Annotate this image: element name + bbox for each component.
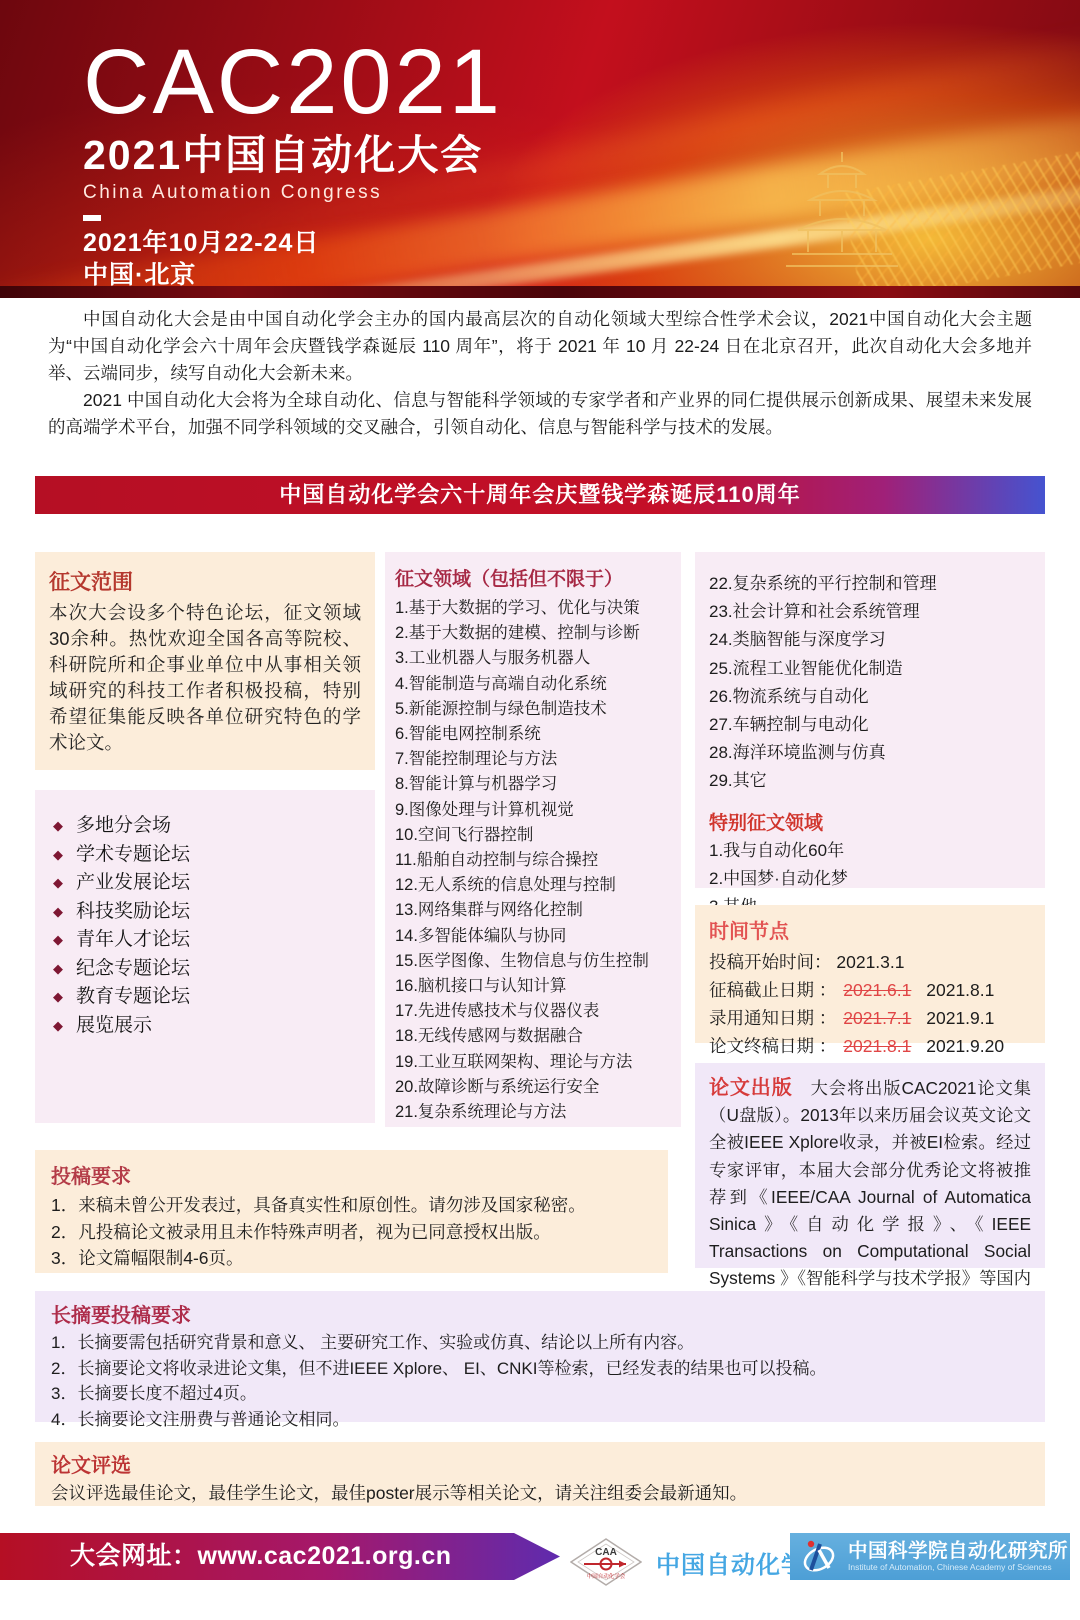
abstract-item: 4．长摘要论文注册费与普通论文相同。 — [51, 1407, 1029, 1433]
diamond-bullet-icon: ◆ — [53, 926, 63, 955]
forum-list-item: ◆ 多地分会场 — [53, 812, 357, 841]
diamond-bullet-icon: ◆ — [53, 983, 63, 1012]
awards-section: 论文评选 会议评选最佳论文，最佳学生论文，最佳poster展示等相关论文，请关注… — [35, 1442, 1045, 1506]
scope-body: 本次大会设多个特色论坛，征文领域30余种。热忱欢迎全国各高等院校、科研院所和企事… — [49, 600, 361, 756]
poster-page: CAC2021 2021中国自动化大会 China Automation Con… — [0, 0, 1080, 1620]
scope-title: 征文范围 — [49, 566, 361, 596]
timeline-rows: 投稿开始时间： 2021.3.1 征稿截止日期 ： 2021.6.1 2021.… — [709, 948, 1031, 1060]
topic-item: 21.复杂系统理论与方法 — [395, 1100, 671, 1125]
topic-item: 11.船舶自动控制与综合操控 — [395, 848, 671, 873]
abstract-section: 长摘要投稿要求 1．长摘要需包括研究背景和意义、 主要研究工作、实验或仿真、结论… — [35, 1291, 1045, 1422]
special-topic-item: 2.中国梦·自动化梦 — [709, 865, 1031, 893]
diamond-bullet-icon: ◆ — [53, 869, 63, 898]
scope-section: 征文范围 本次大会设多个特色论坛，征文领域30余种。热忱欢迎全国各高等院校、科研… — [35, 552, 375, 770]
diamond-bullet-icon: ◆ — [53, 812, 63, 841]
topic-item: 18.无线传感网与数据融合 — [395, 1024, 671, 1049]
abstract-list: 1．长摘要需包括研究背景和意义、 主要研究工作、实验或仿真、结论以上所有内容。 … — [51, 1330, 1029, 1432]
topic-item: 10.空间飞行器控制 — [395, 823, 671, 848]
publication-paragraph: 论文出版大会将出版CAC2021论文集（U盘版）。2013年以来历届会议英文论文… — [709, 1075, 1031, 1320]
timeline-row: 录用通知日期 ： 2021.7.1 2021.9.1 — [709, 1004, 1031, 1032]
submission-title: 投稿要求 — [51, 1160, 652, 1189]
topic-item: 14.多智能体编队与协同 — [395, 924, 671, 949]
conference-title-cn: 2021中国自动化大会 — [83, 132, 503, 178]
topic-item: 7.智能控制理论与方法 — [395, 747, 671, 772]
publication-section: 论文出版大会将出版CAC2021论文集（U盘版）。2013年以来历届会议英文论文… — [695, 1063, 1045, 1268]
topic-item: 1.基于大数据的学习、优化与决策 — [395, 596, 671, 621]
conference-title-en: China Automation Congress — [83, 181, 503, 205]
forum-item-label: 纪念专题论坛 — [76, 955, 190, 984]
topic-item: 28.海洋环境监测与仿真 — [709, 739, 1031, 767]
timeline-label: 录用通知日期 ： — [709, 1008, 836, 1028]
casia-logo-icon — [798, 1536, 840, 1578]
topic-item: 16.脑机接口与认知计算 — [395, 974, 671, 999]
topics-list-col1: 1.基于大数据的学习、优化与决策 2.基于大数据的建模、控制与诊断 3.工业机器… — [395, 596, 671, 1125]
forum-item-label: 教育专题论坛 — [76, 983, 190, 1012]
forum-list: ◆ 多地分会场 ◆ 学术专题论坛 ◆ 产业发展论坛 ◆ 科技奖励论坛 — [53, 812, 357, 1040]
topics-section-2: 22.复杂系统的平行控制和管理 23.社会计算和社会系统管理 24.类脑智能与深… — [695, 552, 1045, 888]
forum-item-label: 科技奖励论坛 — [76, 898, 190, 927]
hero-text-block: CAC2021 2021中国自动化大会 China Automation Con… — [83, 34, 503, 290]
topic-item: 20.故障诊断与系统运行安全 — [395, 1075, 671, 1100]
caa-logo-icon: CAA 中国自动化学会 — [570, 1538, 642, 1586]
topic-item: 6.智能电网控制系统 — [395, 722, 671, 747]
forum-section: ◆ 多地分会场 ◆ 学术专题论坛 ◆ 产业发展论坛 ◆ 科技奖励论坛 — [35, 790, 375, 1123]
intro-section: 中国自动化大会是由中国自动化学会主办的国内最高层次的自动化领域大型综合性学术会议… — [48, 306, 1032, 441]
topic-item: 9.图像处理与计算机视觉 — [395, 798, 671, 823]
submission-list: 1．来稿未曾公开发表过，具备真实性和原创性。请勿涉及国家秘密。 2．凡投稿论文被… — [51, 1192, 652, 1272]
website-banner: 大会网址：www.cac2021.org.cn — [0, 1533, 560, 1580]
topics-section: 征文领域（包括但不限于） 1.基于大数据的学习、优化与决策 2.基于大数据的建模… — [385, 552, 681, 1127]
forum-item-label: 多地分会场 — [76, 812, 171, 841]
topic-item: 17.先进传感技术与仪器仪表 — [395, 999, 671, 1024]
timeline-label: 论文终稿日期 ： — [709, 1036, 836, 1056]
casia-logo-block: 中国科学院自动化研究所 Institute of Automation, Chi… — [790, 1533, 1070, 1580]
caa-logo-subtext: 中国自动化学会 — [587, 1572, 626, 1580]
topic-item: 29.其它 — [709, 767, 1031, 795]
diamond-bullet-icon: ◆ — [53, 955, 63, 984]
special-topics-title: 特别征文领域 — [709, 808, 1031, 835]
forum-list-item: ◆ 青年人才论坛 — [53, 926, 357, 955]
topic-item: 4.智能制造与高端自动化系统 — [395, 672, 671, 697]
topic-item: 5.新能源控制与绿色制造技术 — [395, 697, 671, 722]
awards-title: 论文评选 — [51, 1449, 1029, 1478]
forum-list-item: ◆ 学术专题论坛 — [53, 841, 357, 870]
submission-item: 2．凡投稿论文被录用且未作特殊声明者，视为已同意授权出版。 — [51, 1219, 652, 1246]
timeline-title: 时间节点 — [709, 915, 1031, 944]
forum-list-item: ◆ 教育专题论坛 — [53, 983, 357, 1012]
topic-item: 26.物流系统与自动化 — [709, 683, 1031, 711]
hero-bottom-strip — [0, 286, 1080, 298]
conference-logo: CAC2021 — [83, 34, 503, 130]
diamond-bullet-icon: ◆ — [53, 1012, 63, 1041]
casia-name-en: Institute of Automation, Chinese Academy… — [848, 1562, 1068, 1573]
submission-item: 3．论文篇幅限制4-6页。 — [51, 1245, 652, 1272]
forum-item-label: 青年人才论坛 — [76, 926, 190, 955]
topic-item: 12.无人系统的信息处理与控制 — [395, 873, 671, 898]
topic-item: 23.社会计算和社会系统管理 — [709, 598, 1031, 626]
diamond-bullet-icon: ◆ — [53, 841, 63, 870]
forum-item-label: 产业发展论坛 — [76, 869, 190, 898]
publication-body: 大会将出版CAC2021论文集（U盘版）。2013年以来历届会议英文论文全被IE… — [709, 1078, 1031, 1316]
topics-title: 征文领域（包括但不限于） — [395, 564, 671, 591]
topic-item: 24.类脑智能与深度学习 — [709, 626, 1031, 654]
forum-list-item: ◆ 产业发展论坛 — [53, 869, 357, 898]
forum-item-label: 学术专题论坛 — [76, 841, 190, 870]
intro-paragraph-2: 2021 中国自动化大会将为全球自动化、信息与智能科学领域的专家学者和产业界的同… — [48, 387, 1032, 441]
special-topic-item: 1.我与自动化60年 — [709, 837, 1031, 865]
topic-item: 19.工业互联网架构、理论与方法 — [395, 1050, 671, 1075]
forum-list-item: ◆ 纪念专题论坛 — [53, 955, 357, 984]
topic-item: 25.流程工业智能优化制造 — [709, 655, 1031, 683]
dash-divider — [83, 215, 101, 221]
diamond-bullet-icon: ◆ — [53, 898, 63, 927]
timeline-old-date: 2021.7.1 — [843, 1008, 911, 1028]
topic-item: 8.智能计算与机器学习 — [395, 772, 671, 797]
timeline-new-date: 2021.9.1 — [926, 1008, 994, 1028]
intro-paragraph-1: 中国自动化大会是由中国自动化学会主办的国内最高层次的自动化领域大型综合性学术会议… — [48, 306, 1032, 387]
timeline-old-date: 2021.6.1 — [843, 980, 911, 1000]
hero-art: CAC2021 2021中国自动化大会 China Automation Con… — [0, 0, 1080, 298]
timeline-new-date: 2021.9.20 — [926, 1036, 1004, 1056]
topic-item: 22.复杂系统的平行控制和管理 — [709, 570, 1031, 598]
topic-item: 27.车辆控制与电动化 — [709, 711, 1031, 739]
casia-text-block: 中国科学院自动化研究所 Institute of Automation, Chi… — [848, 1540, 1068, 1573]
timeline-row: 征稿截止日期 ： 2021.6.1 2021.8.1 — [709, 976, 1031, 1004]
topic-item: 15.医学图像、生物信息与仿生控制 — [395, 949, 671, 974]
timeline-label: 投稿开始时间： — [709, 952, 832, 972]
timeline-new-date: 2021.8.1 — [926, 980, 994, 1000]
timeline-new-date: 2021.3.1 — [836, 952, 904, 972]
forum-list-item: ◆ 展览展示 — [53, 1012, 357, 1041]
timeline-section: 时间节点 投稿开始时间： 2021.3.1 征稿截止日期 ： 2021.6.1 … — [695, 905, 1045, 1043]
svg-text:CAA: CAA — [595, 1547, 617, 1558]
awards-body: 会议评选最佳论文，最佳学生论文，最佳poster展示等相关论文，请关注组委会最新… — [51, 1480, 1029, 1506]
theme-banner: 中国自动化学会六十周年会庆暨钱学森诞辰110周年 — [35, 476, 1045, 514]
casia-name: 中国科学院自动化研究所 — [848, 1540, 1068, 1562]
timeline-row: 论文终稿日期 ： 2021.8.1 2021.9.20 — [709, 1032, 1031, 1060]
timeline-label: 征稿截止日期 ： — [709, 980, 836, 1000]
submission-section: 投稿要求 1．来稿未曾公开发表过，具备真实性和原创性。请勿涉及国家秘密。 2．凡… — [35, 1150, 668, 1273]
conference-date: 2021年10月22-24日 — [83, 229, 503, 258]
submission-item: 1．来稿未曾公开发表过，具备真实性和原创性。请勿涉及国家秘密。 — [51, 1192, 652, 1219]
forum-item-label: 展览展示 — [76, 1012, 152, 1041]
temple-of-heaven-icon — [782, 148, 902, 273]
forum-list-item: ◆ 科技奖励论坛 — [53, 898, 357, 927]
timeline-row: 投稿开始时间： 2021.3.1 — [709, 948, 1031, 976]
abstract-item: 1．长摘要需包括研究背景和意义、 主要研究工作、实验或仿真、结论以上所有内容。 — [51, 1330, 1029, 1356]
abstract-item: 2．长摘要论文将收录进论文集，但不进IEEE Xplore、 EI、CNKI等检… — [51, 1356, 1029, 1382]
abstract-title: 长摘要投稿要求 — [51, 1299, 1029, 1328]
topic-item: 13.网络集群与网络化控制 — [395, 898, 671, 923]
publication-title: 论文出版 — [709, 1077, 793, 1099]
topic-item: 3.工业机器人与服务机器人 — [395, 646, 671, 671]
topics-list-col2: 22.复杂系统的平行控制和管理 23.社会计算和社会系统管理 24.类脑智能与深… — [709, 570, 1031, 796]
topic-item: 2.基于大数据的建模、控制与诊断 — [395, 621, 671, 646]
abstract-item: 3．长摘要长度不超过4页。 — [51, 1381, 1029, 1407]
timeline-old-date: 2021.8.1 — [843, 1036, 911, 1056]
